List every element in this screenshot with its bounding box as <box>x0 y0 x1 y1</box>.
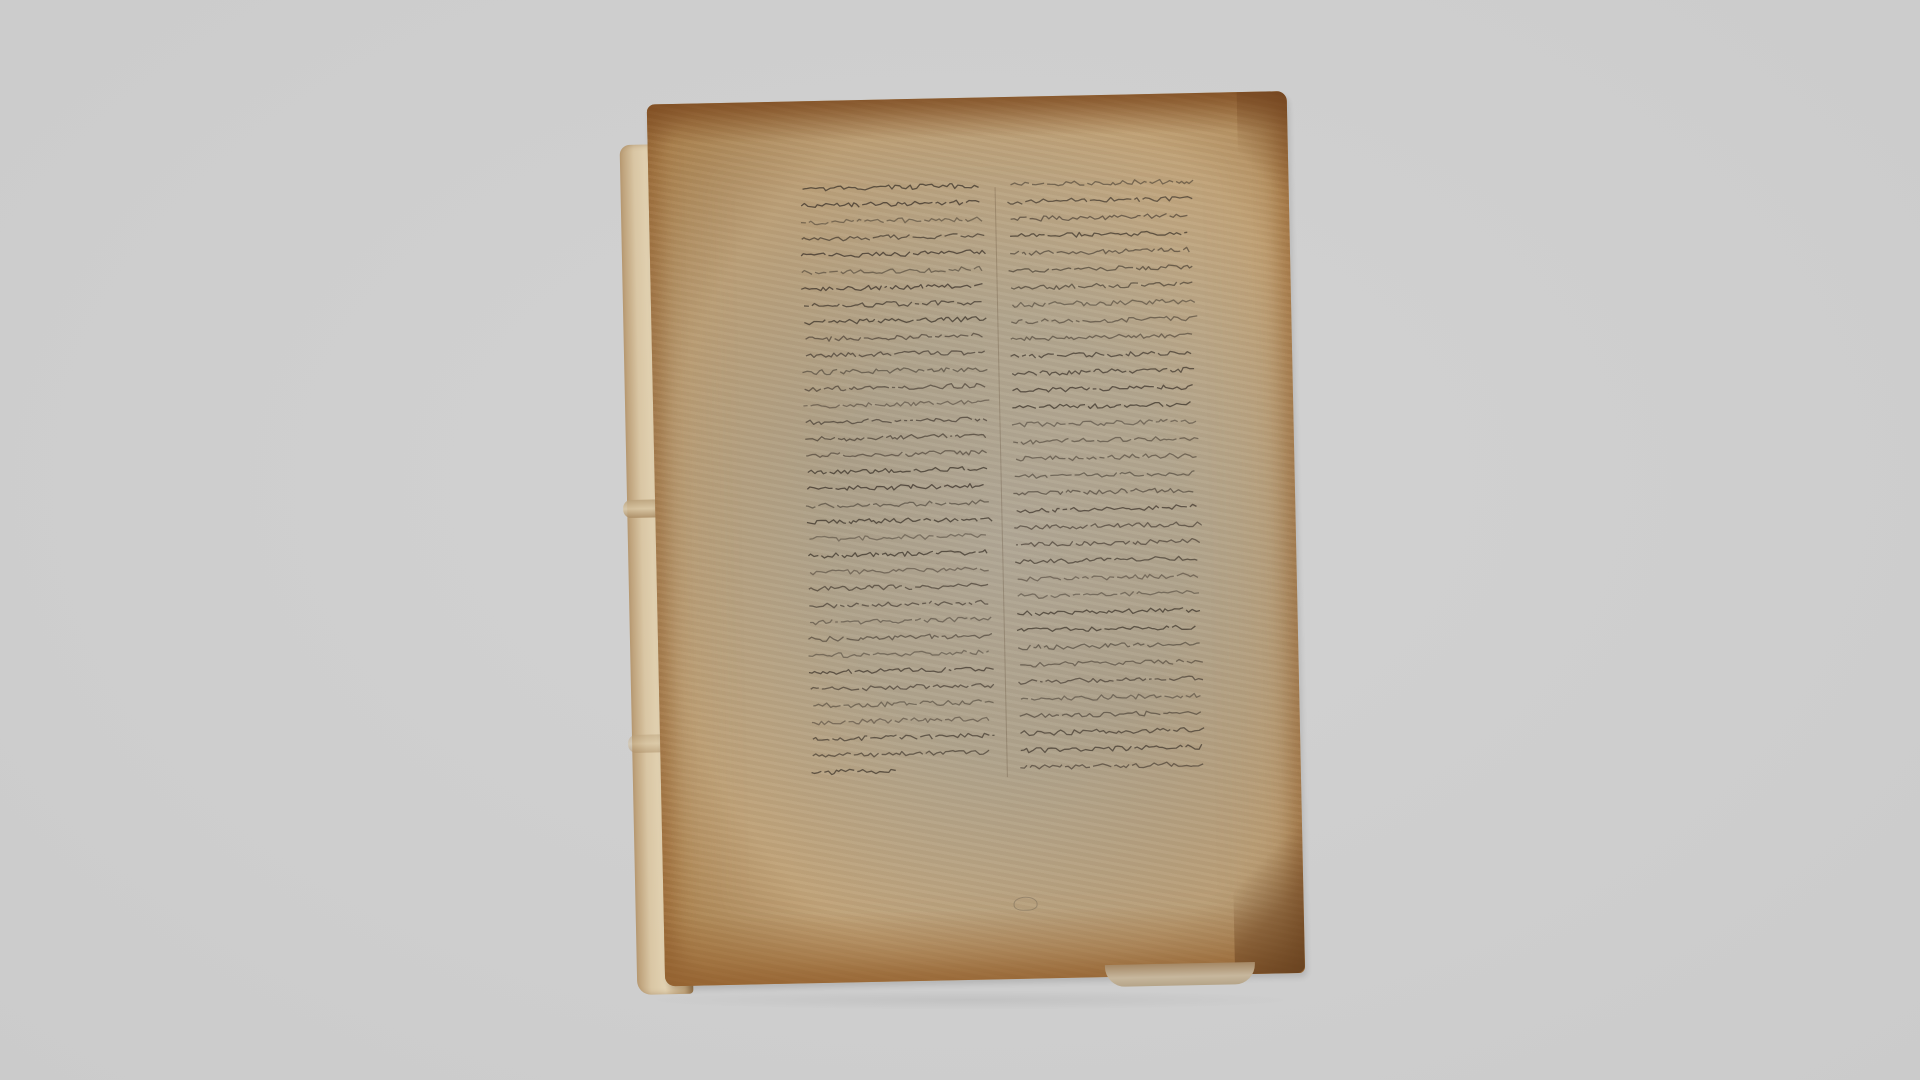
library-stamp-mark <box>1013 896 1037 910</box>
drop-shadow <box>640 990 1300 1010</box>
parchment-page <box>647 91 1305 986</box>
text-column-right <box>1004 173 1208 827</box>
text-column-left <box>796 177 1000 831</box>
bottom-right-corner-curl <box>1232 823 1305 974</box>
text-block <box>796 173 1210 831</box>
stained-top-edge <box>647 91 1288 144</box>
handwriting-lines <box>1004 173 1208 827</box>
handwriting-lines <box>796 177 1000 831</box>
bottom-torn-flap <box>1105 962 1255 987</box>
render-background <box>0 0 1920 1080</box>
manuscript-leaf <box>619 91 1305 995</box>
top-right-corner-damage <box>1237 91 1289 202</box>
